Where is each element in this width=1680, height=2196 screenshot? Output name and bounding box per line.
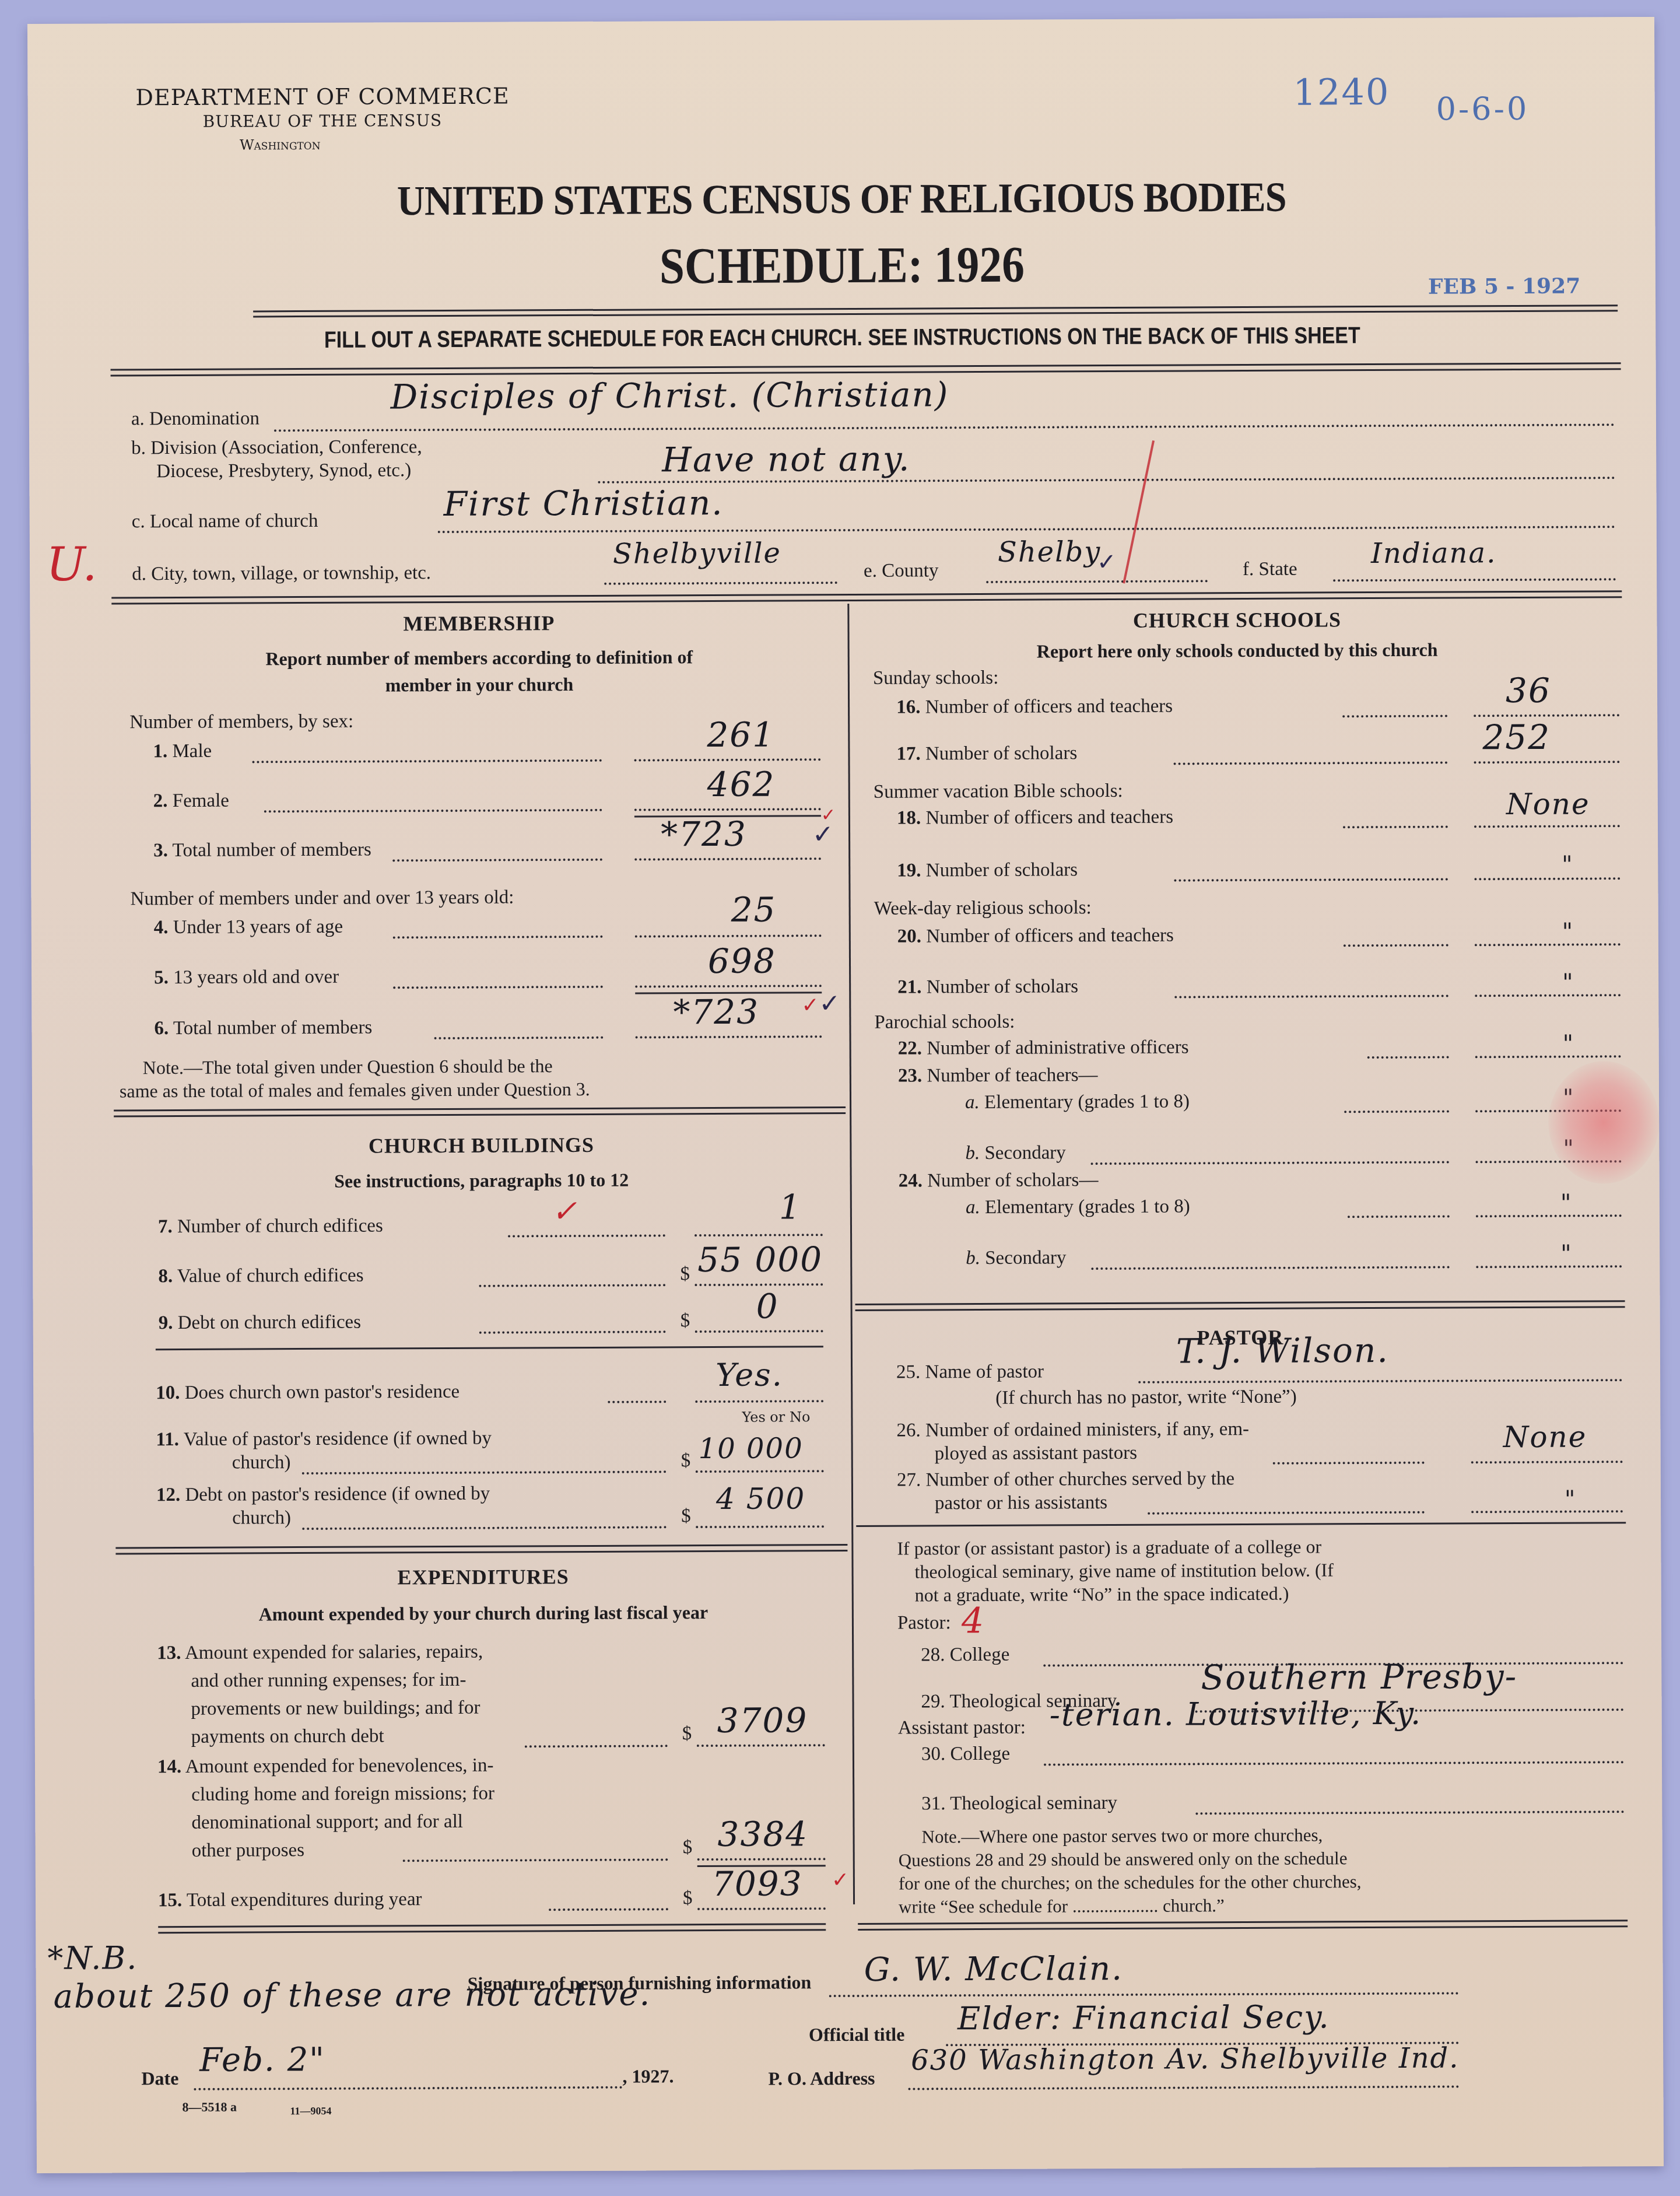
under-13-row: 4. Under 13 years of age — [154, 916, 343, 938]
total-members-age-line — [434, 1036, 604, 1039]
edifices-count-line — [508, 1234, 665, 1237]
church-buildings-subheading: See instructions, paragraphs 10 to 12 — [114, 1168, 849, 1193]
cs-16-line — [1342, 715, 1447, 717]
other-churches-field[interactable]: " — [1565, 1486, 1577, 1513]
expense-14-field[interactable]: 3384 — [717, 1814, 808, 1854]
owns-residence-line — [608, 1400, 666, 1403]
cs-19-line — [1174, 878, 1448, 881]
female-row: 2. Female — [153, 790, 229, 812]
address-field[interactable]: 630 Washington Av. Shelbyville Ind. — [911, 2041, 1460, 2076]
cs-19-field[interactable]: " — [1562, 852, 1574, 878]
seminary-field[interactable]: Southern Presby- — [1201, 1656, 1517, 1697]
fill-out-instruction: FILL OUT A SEPARATE SCHEDULE FOR EACH CH… — [150, 322, 1534, 354]
cs-21-field[interactable]: " — [1562, 969, 1574, 996]
membership-heading: MEMBERSHIP — [111, 610, 846, 637]
total-members-row: 3. Total number of members — [153, 839, 371, 862]
assistant-pastor-label: Assistant pastor: — [898, 1717, 1026, 1739]
church-schools-heading: CHURCH SCHOOLS — [852, 606, 1622, 634]
seminary-continued-field[interactable]: -terian. Louisville, Ky. — [1050, 1695, 1422, 1733]
total-members-field[interactable]: *723 — [661, 814, 747, 854]
expense-13-row: 13. Amount expended for salaries, repair… — [157, 1638, 483, 1751]
denomination-field[interactable]: Disciples of Christ. (Christian) — [391, 374, 949, 416]
cs-23-row: 23. Number of teachers— — [898, 1064, 1098, 1087]
edifices-count-field[interactable]: 1 — [779, 1187, 802, 1227]
membership-subheading-1: Report number of members according to de… — [112, 646, 847, 670]
dollar-sign: $ — [682, 1723, 692, 1745]
expense-15-line — [549, 1908, 668, 1911]
residence-value-field[interactable]: 10 000 — [699, 1432, 804, 1465]
membership-note: Note.—The total given under Question 6 s… — [120, 1053, 843, 1102]
local-name-line — [438, 526, 1616, 533]
date-line — [194, 2086, 622, 2090]
signature-label: Signature of person furnishing informati… — [468, 1971, 812, 1995]
ordained-value-line — [1471, 1461, 1623, 1463]
cs-24a-field[interactable]: " — [1560, 1190, 1573, 1217]
cs-24b-value-line — [1476, 1265, 1622, 1268]
cs-24b-line — [1091, 1266, 1450, 1270]
total-members-age-field[interactable]: *723 — [673, 992, 759, 1032]
schools-rule-2 — [855, 1306, 1625, 1311]
total-members-age-value-line — [636, 1035, 822, 1038]
cs-18-line — [1343, 825, 1448, 828]
buildings-rule-bottom-2 — [115, 1550, 847, 1554]
edifices-count-value-line — [695, 1234, 823, 1237]
parochial-schools-label: Parochial schools: — [874, 1011, 1015, 1034]
male-field[interactable]: 261 — [707, 715, 775, 755]
city-line — [604, 582, 837, 585]
residence-value-line — [302, 1470, 667, 1474]
under-13-value-line — [635, 934, 822, 937]
date-year: , 1927. — [622, 2065, 674, 2087]
asst-seminary-line — [1195, 1810, 1624, 1815]
cs-16-row: 16. Number of officers and teachers — [896, 696, 1173, 719]
cs-20-row: 20. Number of officers and teachers — [897, 925, 1174, 948]
dollar-sign: $ — [683, 1887, 693, 1909]
expense-14-row: 14. Amount expended for benevolences, in… — [157, 1752, 495, 1865]
total-members-value-line — [634, 857, 821, 860]
expense-13-line — [525, 1745, 668, 1747]
buildings-rule — [156, 1346, 823, 1350]
cs-22-line — [1367, 1056, 1449, 1059]
red-tick-mark: ✓ — [552, 1194, 578, 1229]
yes-no-hint: Yes or No — [742, 1409, 810, 1426]
cs-24-row: 24. Number of scholars— — [899, 1169, 1099, 1192]
dollar-sign: $ — [681, 1450, 691, 1472]
cs-21-row: 21. Number of scholars — [897, 976, 1078, 998]
cs-23a-row: a. Elementary (grades 1 to 8) — [965, 1091, 1190, 1113]
signature-field[interactable]: G. W. McClain. — [864, 1950, 1123, 1989]
cs-17-field[interactable]: 252 — [1482, 717, 1551, 758]
over-13-line — [393, 986, 603, 989]
red-pencil-stroke — [1123, 440, 1155, 584]
edifices-debt-value-line — [695, 1330, 823, 1333]
division-label-1: b. Division (Association, Conference, — [131, 436, 422, 459]
address-label: P. O. Address — [768, 2068, 875, 2090]
official-title-field[interactable]: Elder: Financial Secy. — [958, 1998, 1330, 2037]
date-label: Date — [141, 2068, 178, 2089]
state-field[interactable]: Indiana. — [1371, 537, 1497, 570]
denomination-line — [274, 423, 1615, 432]
cs-24a-line — [1348, 1215, 1450, 1218]
column-divider — [847, 604, 855, 1904]
over-13-field[interactable]: 698 — [708, 941, 776, 982]
total-members-age-row: 6. Total number of members — [154, 1017, 372, 1040]
pastor-name-line — [1138, 1379, 1622, 1384]
female-field[interactable]: 462 — [707, 765, 776, 805]
buildings-rule-bottom — [115, 1544, 847, 1549]
cs-20-line — [1344, 944, 1448, 947]
cs-24a-row: a. Elementary (grades 1 to 8) — [966, 1196, 1190, 1218]
other-churches-label-1: 27. Number of other churches served by t… — [897, 1468, 1234, 1491]
department-name: DEPARTMENT OF COMMERCE — [135, 83, 509, 110]
cs-19-row: 19. Number of scholars — [897, 859, 1078, 881]
division-field[interactable]: Have not any. — [662, 439, 910, 480]
division-label-2: Diocese, Presbytery, Synod, etc.) — [156, 460, 411, 482]
census-schedule-form: DEPARTMENT OF COMMERCE BUREAU OF THE CEN… — [27, 17, 1664, 2173]
cs-23b-row: b. Secondary — [965, 1142, 1065, 1164]
city-name: Washington — [240, 136, 321, 153]
edifices-value-value-line — [695, 1283, 823, 1286]
edifices-value-field[interactable]: 55 000 — [697, 1239, 823, 1280]
state-line — [1333, 578, 1616, 582]
residence-debt-field[interactable]: 4 500 — [716, 1481, 805, 1516]
cs-24b-field[interactable]: " — [1560, 1241, 1573, 1267]
margin-mark-u: U. — [46, 537, 99, 591]
edifices-debt-field[interactable]: 0 — [756, 1287, 778, 1326]
expense-15-field[interactable]: 7093 — [712, 1864, 803, 1904]
county-label: e. County — [864, 560, 938, 582]
check-mark-icon: ✓ — [819, 989, 840, 1018]
expense-13-field[interactable]: 3709 — [717, 1700, 808, 1740]
cs-24a-value-line — [1476, 1214, 1622, 1217]
expense-14-line — [403, 1858, 668, 1862]
form-title: UNITED STATES CENSUS OF RELIGIOUS BODIES — [93, 171, 1590, 226]
total-members-line — [392, 859, 602, 862]
weekday-schools-label: Week-day religious schools: — [874, 897, 1092, 920]
expenditures-subheading: Amount expended by your church during la… — [116, 1601, 851, 1626]
form-number: 8—5518 a — [183, 2100, 237, 2115]
over-13-value-line — [635, 985, 822, 987]
other-churches-line — [1148, 1511, 1425, 1515]
male-row: 1. Male — [153, 741, 212, 762]
male-line — [252, 759, 602, 763]
edifices-value-line — [479, 1284, 665, 1287]
expense-15-value-line — [697, 1907, 826, 1910]
signature-line — [829, 1992, 1459, 1997]
female-value-line — [634, 808, 821, 811]
red-check-mark-icon: ✓ — [821, 805, 836, 825]
membership-rule-2 — [114, 1112, 846, 1117]
check-mark-icon: ✓ — [1097, 549, 1117, 576]
cs-22-value-line — [1475, 1055, 1621, 1058]
membership-subheading-2: member in your church — [112, 673, 847, 697]
other-churches-value-line — [1471, 1510, 1623, 1513]
by-sex-label: Number of members, by sex: — [129, 711, 353, 734]
schedule-year: SCHEDULE: 1926 — [126, 233, 1558, 299]
cs-22-row: 22. Number of administrative officers — [898, 1036, 1189, 1059]
pastor-rule — [856, 1522, 1626, 1527]
cs-20-field[interactable]: " — [1562, 919, 1574, 945]
pastor-rule-bottom-2 — [858, 1925, 1628, 1931]
asst-college-label: 30. College — [921, 1743, 1010, 1766]
cs-20-value-line — [1475, 943, 1621, 946]
print-number: 11—9054 — [290, 2105, 332, 2117]
county-line — [986, 580, 1208, 583]
pastor-note: Note.—Where one pastor serves two or mor… — [898, 1822, 1625, 1918]
dollar-sign: $ — [680, 1263, 690, 1285]
residence-value-row: 11. Value of pastor's residence (if owne… — [156, 1428, 492, 1451]
college-label: 28. College — [921, 1644, 1009, 1666]
pastor-sub-label: Pastor: — [897, 1612, 951, 1634]
cs-18-row: 18. Number of officers and teachers — [897, 807, 1173, 829]
cs-17-value-line — [1474, 761, 1620, 763]
file-number-stamp: 1240 — [1293, 71, 1390, 114]
expenditures-heading: EXPENDITURES — [116, 1563, 851, 1591]
nb-mark: *N.B. — [47, 1939, 138, 1977]
cs-22-field[interactable]: " — [1563, 1031, 1575, 1057]
under-13-field[interactable]: 25 — [731, 890, 776, 930]
residence-debt-line — [302, 1526, 667, 1530]
pastor-rule-bottom — [858, 1920, 1628, 1925]
city-label: d. City, town, village, or township, etc… — [132, 562, 431, 585]
dollar-sign: $ — [683, 1837, 693, 1858]
by-age-label: Number of members under and over 13 year… — [130, 887, 514, 910]
red-check-mark-icon: ✓ — [832, 1868, 849, 1892]
red-check-mark-icon: ✓ — [801, 993, 819, 1017]
cs-19-value-line — [1474, 877, 1620, 880]
city-field[interactable]: Shelbyville — [613, 537, 781, 570]
cs-24b-row: b. Secondary — [966, 1247, 1066, 1269]
red-ink-smudge — [1548, 1061, 1660, 1184]
cs-23a-line — [1344, 1110, 1449, 1113]
address-line — [908, 2085, 1459, 2090]
cs-18-value-line — [1474, 825, 1620, 828]
membership-rule — [114, 1106, 846, 1111]
church-schools-subheading: Report here only schools conducted by th… — [853, 638, 1622, 663]
edifices-debt-row: 9. Debt on church edifices — [159, 1312, 361, 1335]
ordained-field[interactable]: None — [1503, 1420, 1587, 1454]
male-value-line — [634, 758, 820, 761]
edifices-value-row: 8. Value of church edifices — [158, 1265, 363, 1288]
graduate-note: If pastor (or assistant pastor) is a gra… — [897, 1533, 1623, 1606]
local-name-label: c. Local name of church — [132, 510, 318, 533]
cs-23b-line — [1091, 1161, 1450, 1165]
under-13-line — [393, 936, 603, 939]
residence-debt-value-line — [696, 1525, 824, 1528]
cs-21-value-line — [1475, 994, 1621, 997]
red-pencil-mark: 4 — [962, 1600, 985, 1641]
residence-debt-row-2: church) — [232, 1507, 291, 1529]
expenditures-rule-2 — [158, 1929, 826, 1934]
other-churches-label-2: pastor or his assistants — [935, 1492, 1107, 1514]
expense-14-value-line — [697, 1858, 826, 1861]
female-line — [264, 809, 602, 813]
over-13-row: 5. 13 years old and over — [154, 966, 339, 989]
owns-residence-row: 10. Does church own pastor's residence — [156, 1381, 460, 1404]
residence-value-row-2: church) — [232, 1452, 291, 1473]
county-field[interactable]: Shelby — [998, 535, 1102, 569]
asst-college-line — [1044, 1761, 1624, 1766]
dollar-sign: $ — [681, 1505, 691, 1527]
edifices-count-row: 7. Number of church edifices — [158, 1215, 383, 1238]
residence-value-value-line — [696, 1470, 824, 1473]
asst-seminary-label: 31. Theological seminary — [921, 1792, 1117, 1815]
expenditures-rule — [158, 1923, 826, 1928]
church-buildings-heading: CHURCH BUILDINGS — [114, 1132, 848, 1159]
summer-schools-label: Summer vacation Bible schools: — [874, 780, 1123, 803]
ordained-label-1: 26. Number of ordained ministers, if any… — [896, 1419, 1249, 1442]
owns-residence-field[interactable]: Yes. — [716, 1356, 783, 1393]
cs-18-field[interactable]: None — [1506, 787, 1590, 821]
pastor-name-hint: (If church has no pastor, write “None”) — [995, 1386, 1297, 1409]
cs-16-field[interactable]: 36 — [1506, 671, 1551, 710]
sunday-schools-label: Sunday schools: — [873, 667, 999, 689]
cs-21-line — [1174, 994, 1448, 998]
official-title-label: Official title — [809, 2024, 905, 2046]
cs-16-value-line — [1474, 714, 1619, 717]
ordained-line — [1273, 1462, 1425, 1465]
schools-rule — [855, 1300, 1625, 1305]
cs-17-line — [1174, 761, 1448, 765]
edifices-debt-line — [479, 1330, 666, 1333]
date-field[interactable]: Feb. 2" — [199, 2041, 325, 2079]
code-stamp: 0-6-0 — [1436, 90, 1529, 128]
ordained-label-2: ployed as assistant pastors — [935, 1442, 1138, 1465]
residence-debt-row: 12. Debt on pastor's residence (if owned… — [156, 1483, 490, 1506]
expense-15-row: 15. Total expenditures during year — [158, 1889, 422, 1911]
state-label: f. State — [1243, 559, 1297, 580]
denomination-label: a. Denomination — [131, 408, 259, 430]
bureau-name: BUREAU OF THE CENSUS — [203, 111, 443, 131]
cs-17-row: 17. Number of scholars — [896, 742, 1077, 765]
dollar-sign: $ — [681, 1310, 690, 1332]
owns-residence-value-line — [695, 1400, 823, 1403]
pastor-name-label: 25. Name of pastor — [896, 1361, 1044, 1384]
expense-13-value-line — [697, 1744, 825, 1747]
local-name-field[interactable]: First Christian. — [443, 483, 723, 524]
pastor-name-field[interactable]: T. J. Wilson. — [1176, 1330, 1389, 1371]
